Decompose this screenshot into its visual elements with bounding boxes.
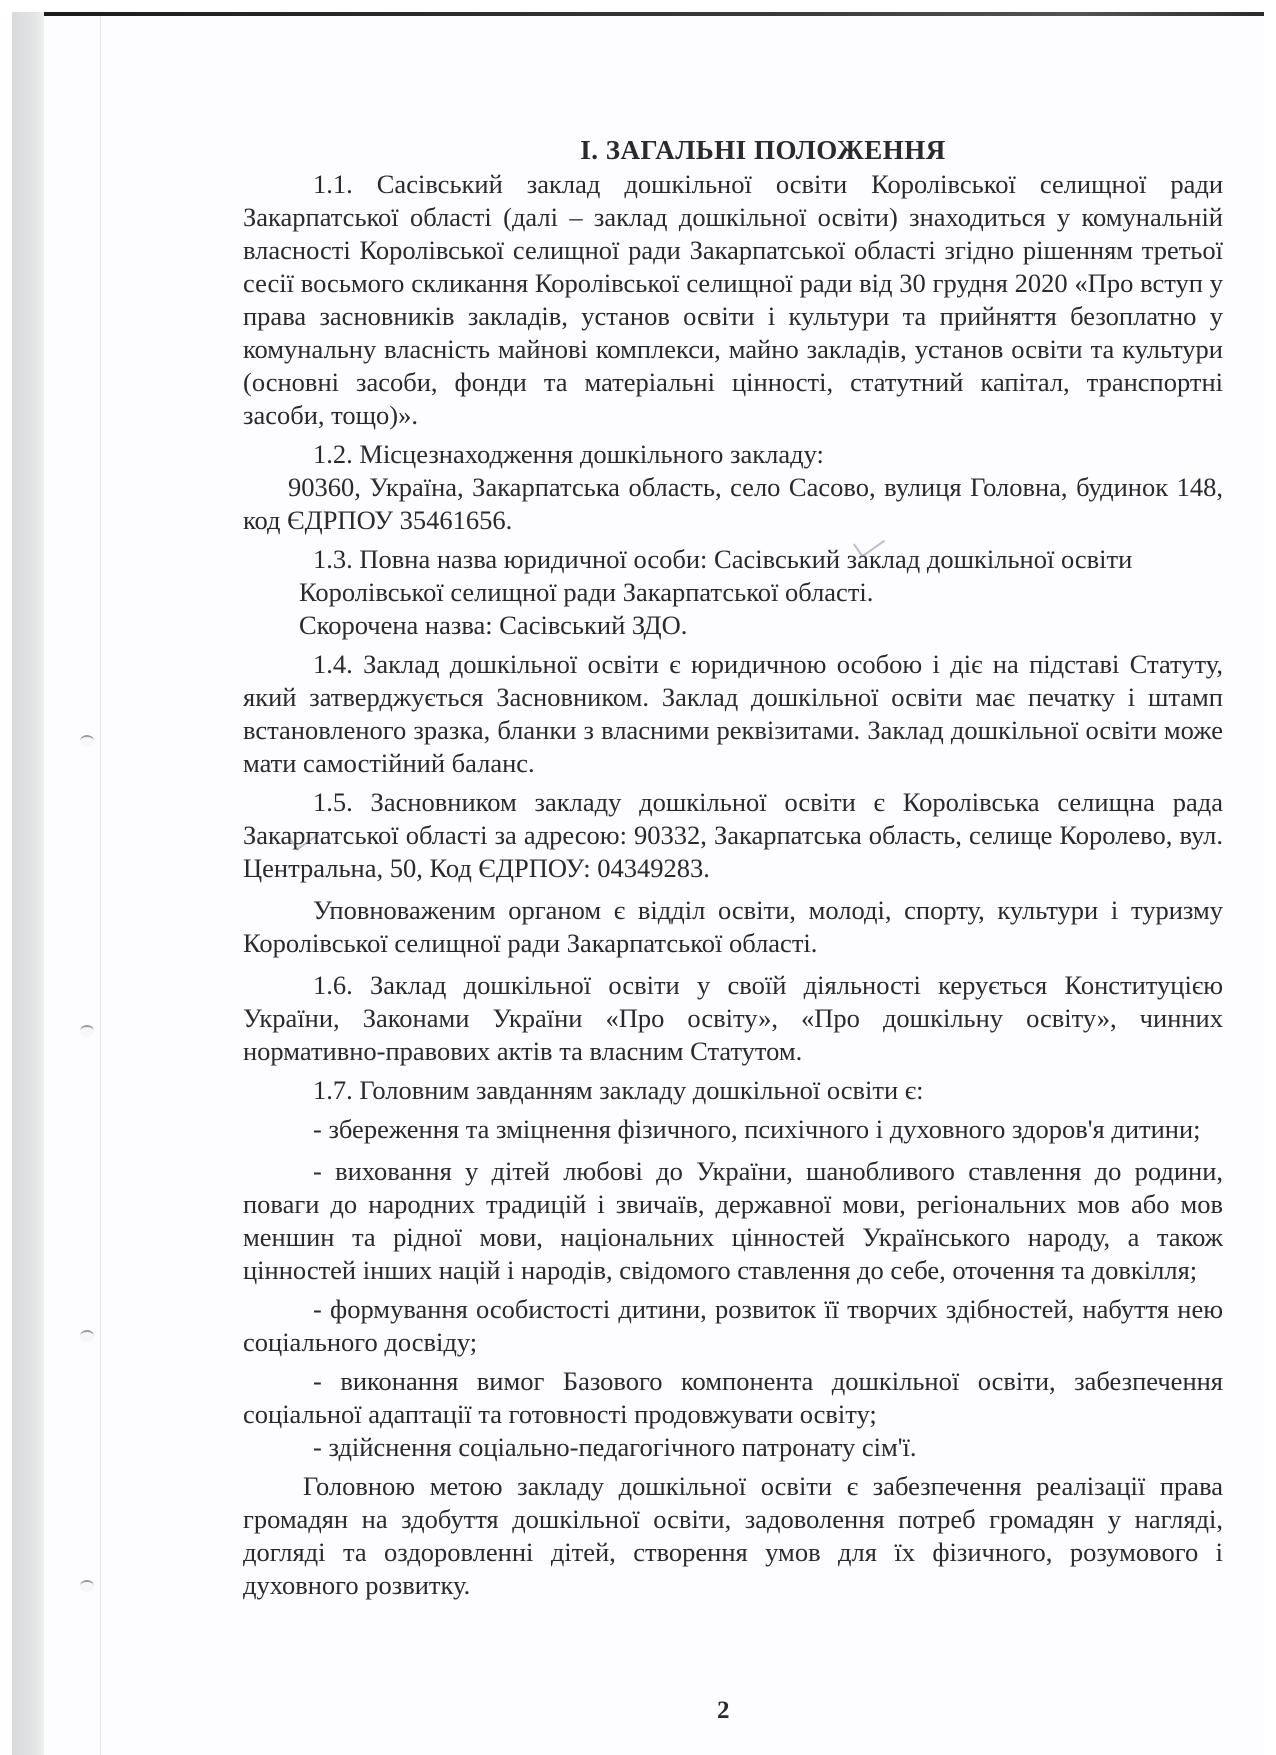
binder-hole-mark (80, 1330, 94, 1342)
authorized-body: Уповноваженим органом є відділ освіти, м… (243, 894, 1223, 960)
page-number: 2 (717, 1697, 730, 1725)
paragraph-1-4: 1.4. Заклад дошкільної освіти є юридично… (243, 648, 1223, 780)
scanner-top-edge (44, 12, 1264, 16)
paragraph-1-1: 1.1. Сасівський заклад дошкільної освіти… (243, 168, 1223, 432)
main-goal-paragraph: Головною метою закладу дошкільної освіти… (243, 1470, 1223, 1602)
paragraph-1-2: 1.2. Місцезнаходження дошкільного заклад… (243, 438, 1223, 471)
task-item: - формування особистості дитини, розвито… (243, 1293, 1223, 1359)
binder-hole-mark (80, 735, 94, 747)
short-name: Скорочена назва: Сасівський ЗДО. (243, 609, 1223, 642)
task-item: - виховання у дітей любові до України, ш… (243, 1155, 1223, 1287)
task-item: - збереження та зміцнення фізичного, пси… (243, 1113, 1223, 1146)
task-item: - виконання вимог Базового компонента до… (243, 1365, 1223, 1431)
paragraph-1-3-cont: Королівської селищної ради Закарпатської… (243, 576, 1223, 609)
scanner-edge-strip (12, 12, 44, 1755)
paragraph-1-5: 1.5. Засновником закладу дошкільної осві… (243, 786, 1223, 885)
paragraph-1-7: 1.7. Головним завданням закладу дошкільн… (243, 1074, 1223, 1107)
document-body: І. ЗАГАЛЬНІ ПОЛОЖЕННЯ 1.1. Сасівський за… (243, 134, 1223, 1602)
binder-hole-mark (80, 1580, 94, 1592)
paragraph-1-3: 1.3. Повна назва юридичної особи: Сасівс… (243, 543, 1223, 576)
binder-hole-mark (80, 1025, 94, 1037)
fold-line (100, 16, 101, 1755)
paragraph-1-6: 1.6. Заклад дошкільної освіти у своїй ді… (243, 969, 1223, 1068)
task-item: - здійснення соціально-педагогічного пат… (243, 1431, 1223, 1464)
address: 90360, Україна, Закарпатська область, се… (243, 471, 1223, 537)
section-title: І. ЗАГАЛЬНІ ПОЛОЖЕННЯ (303, 134, 1223, 167)
